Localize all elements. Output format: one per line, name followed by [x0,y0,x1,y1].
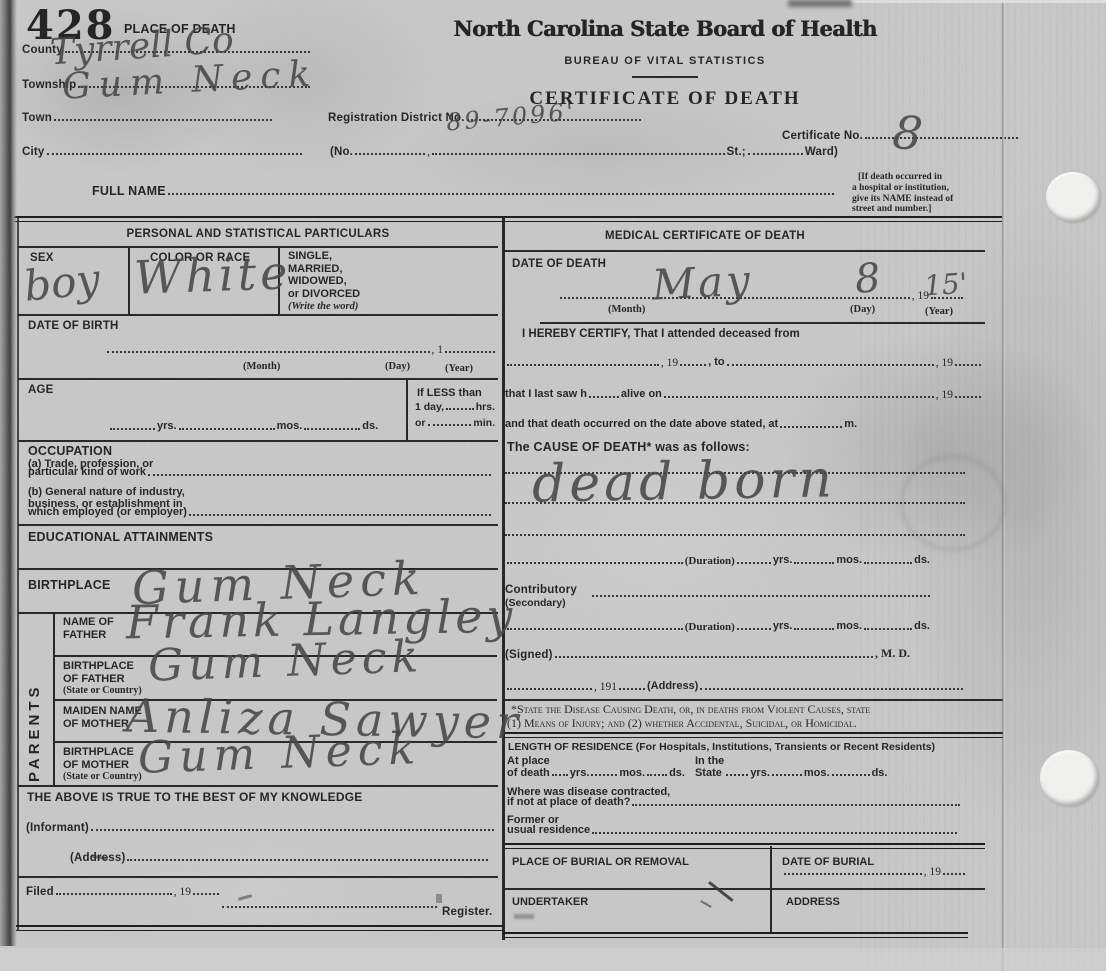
attended-from-to-field: , 19 , to , 19 [505,356,983,369]
form-left-border [17,218,19,930]
label-line: OF MOTHER [63,759,142,772]
occupation-b-label3: which employed (or employer) [28,506,187,519]
city-label: City [22,146,45,158]
alive-on-label: alive on [621,388,662,401]
mos-label: mos. [836,554,862,567]
mos-label: mos. [619,767,645,780]
ds-label: ds. [914,620,930,633]
hospital-note-line: give its NAME instead of [852,194,982,205]
min-label: min. [473,417,495,429]
punch-hole [1040,750,1098,806]
dotted-blank [737,626,771,630]
rule-line [505,843,985,849]
state-or-country-note: (State or Country) [63,771,142,782]
month-caption: (Month) [608,304,645,315]
rule-line [14,216,1002,222]
rule-line [18,876,498,878]
marital-note: (Write the word) [288,301,358,312]
marital-line: or DIVORCED [288,288,360,301]
dotted-blank [737,560,771,564]
dotted-blank [507,686,592,690]
occupation-b-label: (b) General nature of industry, [28,486,185,499]
yrs-label: yrs. [570,767,590,780]
dotted-blank [54,117,272,121]
dotted-blank [632,802,960,806]
residence-duration-field: At place of death yrs. mos. ds. In the S… [507,755,932,779]
day-caption: (Day) [850,304,875,315]
label-line: State [695,767,724,779]
one-day-label: 1 day, [415,401,444,413]
marital-line: SINGLE, [288,250,360,263]
informant-label: (Informant) [26,822,89,834]
contributory-line [592,593,930,597]
column-divider [502,218,505,940]
full-name-label: FULL NAME [92,184,166,198]
dotted-blank [772,772,802,776]
death-day-handwritten-value: 8 [853,255,882,303]
education-label: EDUCATIONAL ATTAINMENTS [28,530,213,544]
dotted-blank [107,349,430,353]
rule-line [18,378,498,380]
scan-smudge [788,0,852,7]
dotted-blank [507,362,659,366]
ds-label: ds. [914,554,930,567]
undertaker-label: UNDERTAKER [512,896,588,908]
hospital-note-line: [If death occurred in [852,172,982,183]
occupation-a-label2: particular kind of work [28,466,146,479]
scan-top-edge [850,0,1106,3]
cause-footnote: *State the Disease Causing Death, or, in… [507,703,1007,730]
mos-label: mos. [804,767,830,780]
dotted-blank [304,426,360,430]
birthplace-label: BIRTHPLACE [28,578,111,592]
mother-birthplace-label: BIRTHPLACE OF MOTHER (State or Country) [63,746,142,782]
rule-line [128,246,130,314]
mos-label: mos. [836,620,862,633]
death-occurred-text: and that death occurred on the date abov… [505,418,778,431]
father-name-label: NAME OF FATHER [63,616,114,641]
duration-label: (Duration) [685,621,735,633]
dotted-blank [507,626,683,630]
dotted-blank [680,362,706,366]
dotted-blank [56,891,172,895]
label-line: BIRTHPLACE [63,746,142,759]
dotted-blank [193,891,219,895]
at-place-label: At place of death [507,755,550,779]
informant-field: (Informant) [26,822,496,834]
scan-left-edge [0,0,17,946]
dotted-blank [446,406,474,410]
contracted-label2: if not at place of death? [507,796,630,809]
residence-section-title: LENGTH OF RESIDENCE (For Hospitals, Inst… [508,741,935,753]
rule-line [632,76,698,78]
dotted-blank [110,426,155,430]
m-token: m. [844,418,857,431]
street-comma: , [427,146,430,158]
dotted-blank [943,871,965,875]
rule-line [505,732,1003,738]
dotted-blank [794,626,834,630]
city-field: City [22,146,304,158]
year-19-token: , 19 [936,357,953,369]
footnote-line: (1) Means of Injury; and (2) whether Acc… [507,717,1007,731]
dotted-blank [700,686,963,690]
if-less-label: If LESS than [417,387,482,400]
age-label: AGE [28,384,54,396]
year-191-token: , 191 [594,681,617,693]
in-the-state-label: In the State [695,755,724,779]
father-birthplace-handwritten-value: Gum Neck [147,631,424,692]
date-of-birth-field: , 1 [105,344,497,356]
dotted-blank [832,772,870,776]
if-less-minutes-field: or min. [415,417,495,429]
informant-address-field: (Address) [70,852,490,864]
certificate-no-handwritten-value: 8 [890,105,925,162]
secondary-note: (Secondary) [505,597,566,609]
label-line: BIRTHPLACE [63,660,142,673]
hospital-note-line: a hospital or institution, [852,183,982,194]
year-prefix: , 1 [432,344,444,356]
label-line: OF FATHER [63,673,142,686]
street-field: (No. , St.; Ward) [330,146,838,158]
year-caption: (Year) [445,363,473,374]
full-name-field: FULL NAME [92,184,836,198]
ds-label: ds. [669,767,685,780]
md-token: , M. D. [875,646,910,661]
rule-line [18,785,498,787]
marital-line: MARRIED, [288,263,360,276]
undertaker-address-label: ADDRESS [786,896,840,908]
cause-line [505,532,965,536]
filed-label: Filed [26,886,54,898]
year-19-token: , 19 [924,866,941,878]
label-line: FATHER [63,629,114,642]
to-token: , to [708,356,725,369]
rule-line [770,846,772,934]
dotted-blank [589,394,619,398]
death-year-handwritten-value: 15' [923,267,969,303]
ink-mark [514,914,534,919]
board-title: North Carolina State Board of Health [430,16,900,41]
ds-label: ds. [872,767,888,780]
age-field: yrs. mos. ds. [108,420,398,433]
sex-handwritten-value: boy [22,254,103,311]
street-no-label: (No. [330,146,353,158]
dotted-blank [592,830,957,834]
rule-line [18,314,498,316]
personal-section-title: PERSONAL AND STATISTICAL PARTICULARS [18,228,498,240]
signed-date-address-field: , 191 (Address) [505,680,965,693]
dotted-blank [91,827,494,831]
year-caption: (Year) [925,306,953,317]
yrs-label: yrs. [773,620,793,633]
cause-of-death-handwritten-value: dead born [531,449,836,514]
street-st-label: St.; [727,146,746,158]
dotted-blank [748,151,803,155]
burial-date-field: , 19 [782,866,967,878]
rule-line [505,699,1003,701]
dotted-blank [955,362,981,366]
certify-text: I HEREBY CERTIFY, That I attended deceas… [522,328,800,340]
ghost-seal [900,455,1006,551]
street-ward-label: Ward) [805,146,838,158]
or-label: or [415,417,426,429]
dotted-blank [127,857,488,861]
color-race-handwritten-value: White [133,245,292,304]
hrs-label: hrs. [476,401,495,413]
date-of-death-label: DATE OF DEATH [512,258,606,270]
dotted-blank [428,422,472,426]
label-line: In the [695,755,724,767]
dotted-blank [168,191,834,195]
yrs-label: yrs. [157,420,177,433]
dotted-blank [179,426,275,430]
filed-year-prefix: , 19 [174,886,191,898]
certificate-no-label: Certificate No. [782,130,863,142]
last-saw-alive-field: that I last saw h alive on , 19 [505,388,983,401]
dotted-blank [445,349,495,353]
dotted-blank [955,394,981,398]
punch-hole [1046,172,1100,222]
last-saw-prefix: that I last saw h [505,388,587,401]
dotted-blank [619,686,645,690]
dotted-blank [647,772,667,776]
rule-line [505,888,985,890]
hospital-note: [If death occurred in a hospital or inst… [852,172,982,215]
death-month-handwritten-value: May [651,255,754,309]
marital-status-label: SINGLE, MARRIED, WIDOWED, or DIVORCED [288,250,360,300]
date-of-death-field: , 19 [558,290,965,302]
parents-label: PARENTS [26,683,43,782]
label-line: NAME OF [63,616,114,629]
ds-label: ds. [362,420,378,433]
marital-line: WIDOWED, [288,275,360,288]
signed-label: (Signed) [505,649,553,661]
hospital-note-line: street and number.] [852,204,982,215]
date-of-birth-label: DATE OF BIRTH [28,320,119,332]
attestation-text: THE ABOVE IS TRUE TO THE BEST OF MY KNOW… [27,790,362,804]
duration-field-secondary: (Duration) yrs. mos. ds. [505,620,930,633]
yrs-label: yrs. [773,554,793,567]
yrs-label: yrs. [750,767,770,780]
dotted-blank [784,871,922,875]
occupation-a-field: particular kind of work [28,466,493,479]
dotted-blank [726,772,748,776]
medical-section-title: MEDICAL CERTIFICATE OF DEATH [505,230,905,242]
footnote-line: *State the Disease Causing Death, or, in… [507,703,1007,717]
dotted-blank [591,772,617,776]
dotted-blank [865,135,1018,139]
dotted-blank [507,560,683,564]
label-line: of death [507,767,550,779]
duration-field-primary: (Duration) yrs. mos. ds. [505,554,930,567]
year-19-token: , 19 [936,389,953,401]
town-label: Town [22,112,52,124]
dotted-blank [727,362,934,366]
if-less-hours-field: 1 day, hrs. [415,401,495,413]
former-residence-field: usual residence [507,824,959,837]
occupation-b-field: which employed (or employer) [28,506,493,519]
contributory-label: Contributory [505,584,577,596]
dotted-blank [794,560,834,564]
rule-line [16,925,503,931]
ink-mark [436,894,442,903]
label-line: At place [507,755,550,767]
rule-line [18,440,498,442]
registration-district-label: Registration District No. [328,112,465,124]
mother-birthplace-handwritten-value: Gum Neck [137,723,422,784]
contracted-field: if not at place of death? [507,796,962,809]
dotted-blank [555,654,873,658]
address-token: (Address) [647,680,698,693]
dotted-blank [355,151,425,155]
town-field: Town [22,112,274,124]
dotted-blank [148,472,491,476]
month-caption: (Month) [243,361,280,372]
rule-line [505,250,985,252]
dotted-blank [864,560,912,564]
rule-line [406,378,408,440]
register-signature-line [222,904,437,908]
rule-line [540,322,985,324]
death-occurred-field: and that death occurred on the date abov… [505,418,977,431]
occupation-label: OCCUPATION [28,444,112,458]
dotted-blank [864,626,912,630]
signed-field: (Signed) , M. D. [505,646,910,661]
dotted-blank [47,151,302,155]
filed-field: Filed , 19 [26,886,221,898]
dotted-blank [432,151,724,155]
scan-bottom-edge [0,948,1106,971]
dotted-blank [189,512,491,516]
rule-line [503,932,968,938]
burial-place-label: PLACE OF BURIAL OR REMOVAL [512,856,689,868]
rule-line [18,524,498,526]
death-certificate-scan: 428 PLACE OF DEATH County Tyrrell Co Tow… [0,0,1106,971]
year-19-token: , 19 [661,357,678,369]
bureau-subtitle: BUREAU OF VITAL STATISTICS [430,55,900,67]
register-label: Register. [442,906,492,918]
mos-label: mos. [277,420,303,433]
dotted-blank [780,424,842,428]
former-residence-label2: usual residence [507,824,590,837]
duration-label: (Duration) [685,555,735,567]
day-caption: (Day) [385,361,410,372]
certificate-title: CERTIFICATE OF DEATH [430,88,900,110]
dotted-blank [664,394,934,398]
dotted-blank [552,772,568,776]
